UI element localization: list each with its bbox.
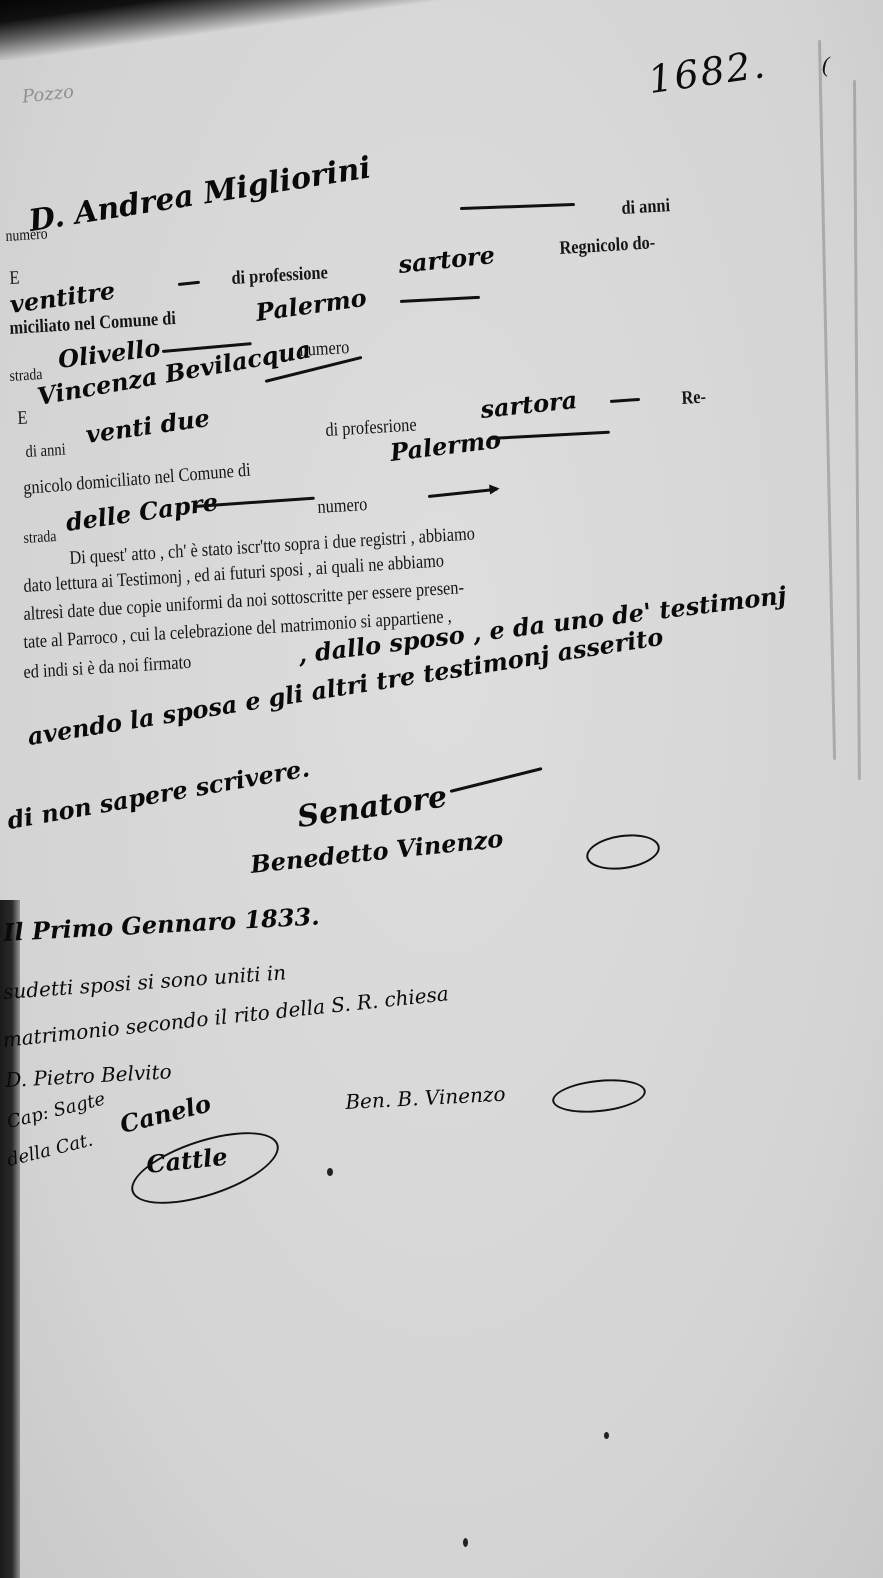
signature-official: Senatore (295, 779, 449, 835)
signature-parish: Canelo (117, 1088, 214, 1139)
form-label-strada: strada (23, 528, 57, 548)
form-label-di-anni: di anni (25, 440, 66, 462)
annotation-date: Il Primo Gennaro 1833. (2, 901, 320, 947)
signature-registrar: Benedetto Vinenzo (249, 824, 505, 879)
fill-dash (178, 281, 200, 286)
fill-dash (490, 431, 610, 440)
form-label-numero: numero (317, 494, 368, 519)
groom-name: D. Andrea Migliorini (27, 150, 374, 239)
ink-speck (463, 1538, 468, 1547)
paragraph-line: ed indi si è da noi firmato (23, 652, 192, 684)
annotation-margin: Cap: Sagte (5, 1088, 107, 1133)
form-label-di-anni: di anni (621, 195, 671, 220)
margin-mark: ( (822, 52, 829, 78)
ink-speck (604, 1432, 609, 1439)
groom-profession: sartore (397, 240, 496, 279)
page-fold-line (818, 40, 836, 760)
groom-commune: Palermo (254, 283, 368, 327)
annotation-priest: D. Pietro Belvito (5, 1059, 172, 1092)
signature-registrar-2: Ben. B. Vinenzo (345, 1082, 506, 1114)
signature-flourish (584, 830, 662, 874)
register-page: Pozzo 1682. ( numero D. Andrea Migliorin… (0, 0, 883, 1578)
handwritten-continuation: di non sapere scrivere. (5, 753, 312, 835)
fill-dash (460, 203, 575, 210)
bride-age: venti due (84, 403, 212, 449)
form-label-regnicolo: Regnicolo do- (559, 232, 656, 260)
bride-profession: sartora (479, 385, 578, 424)
form-label-e: E (17, 407, 28, 430)
arrow-mark (428, 488, 498, 498)
signature-flourish (450, 767, 543, 793)
form-label-re: Re- (681, 387, 706, 410)
page-fold-line (853, 80, 861, 780)
fill-dash (610, 398, 640, 403)
form-label-professione: di professione (231, 262, 328, 290)
annotation-line: sudetti sposi si sono uniti in (2, 960, 287, 1004)
form-label-e: E (9, 267, 20, 290)
signature-flourish (551, 1075, 648, 1117)
ink-speck (327, 1168, 333, 1176)
pencil-note: Pozzo (21, 81, 75, 107)
fill-dash (400, 296, 480, 303)
form-label-comune: gnicolo domiciliato nel Comune di (23, 460, 252, 500)
